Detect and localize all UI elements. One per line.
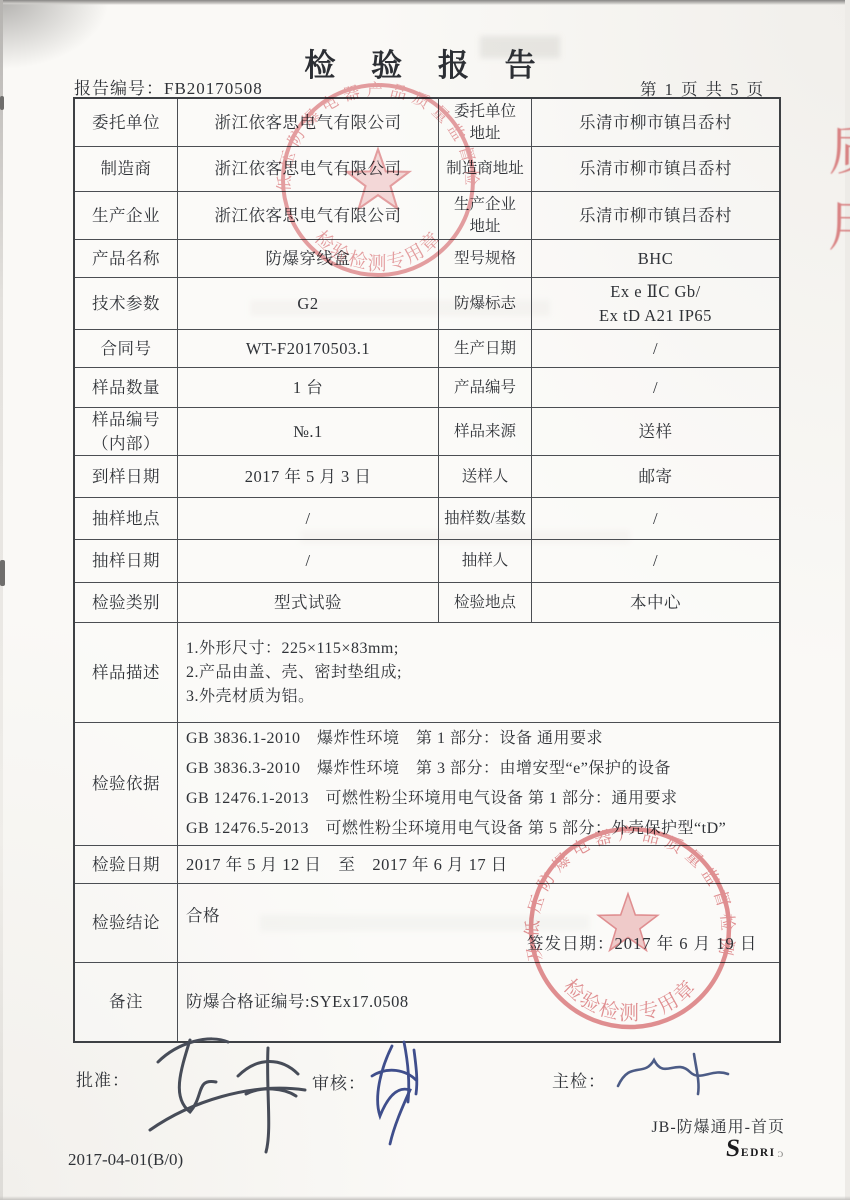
report-number: 报告编号：FB20170508 <box>74 74 263 99</box>
conclusion-value: 合格 <box>186 904 220 927</box>
chief-label: 主检： <box>552 1067 606 1092</box>
remark-value: 防爆合格证编号:SYEx17.0508 <box>177 963 779 1041</box>
scan-edge-top <box>0 0 850 5</box>
inspection-date-value: 2017 年 5 月 12 日 至 2017 年 6 月 17 日 <box>177 846 779 883</box>
approve-label: 批准： <box>76 1066 130 1091</box>
field-value: / <box>177 540 438 582</box>
field-label: 样品来源 <box>438 408 531 455</box>
logo-s-glyph: S <box>725 1138 741 1161</box>
scan-edge-left <box>0 0 3 1200</box>
field-label: 制造商地址 <box>438 147 531 191</box>
seam-stamp-partial: 质用 <box>823 122 850 274</box>
field-value: / <box>531 330 779 367</box>
approve-signature <box>150 1039 305 1152</box>
sedri-logo: S EDRI ᴐ <box>726 1138 783 1161</box>
field-value: 本中心 <box>531 583 779 622</box>
table-row: 样品数量 1 台 产品编号 / <box>75 367 779 407</box>
field-label: 委托单位 地址 <box>438 99 531 146</box>
field-label: 生产企业 <box>75 192 177 239</box>
field-value: 乐清市柳市镇吕岙村 <box>531 147 779 191</box>
table-row: 产品名称 防爆穿线盒 型号规格 BHC <box>75 239 779 277</box>
basis-line: GB 3836.1-2010 爆炸性环境 第 1 部分：设备 通用要求 <box>186 724 603 754</box>
scan-speck <box>0 560 5 586</box>
table-row: 制造商 浙江依客思电气有限公司 制造商地址 乐清市柳市镇吕岙村 <box>75 146 779 191</box>
table-row: 生产企业 浙江依客思电气有限公司 生产企业 地址 乐清市柳市镇吕岙村 <box>75 191 779 239</box>
field-label: 制造商 <box>75 147 177 191</box>
field-label: 备注 <box>75 963 177 1041</box>
table-row: 抽样日期 / 抽样人 / <box>75 539 779 582</box>
field-value: 2017 年 5 月 3 日 <box>177 456 438 497</box>
field-value: 1 台 <box>177 368 438 407</box>
field-value: / <box>531 368 779 407</box>
sample-description-line: 2.产品由盖、壳、密封垫组成; <box>186 661 402 685</box>
field-label: 样品编号 （内部） <box>75 408 177 455</box>
field-label: 生产企业 地址 <box>438 192 531 239</box>
table-row: 抽样地点 / 抽样数/基数 / <box>75 497 779 539</box>
table-row: 委托单位 浙江依客思电气有限公司 委托单位 地址 乐清市柳市镇吕岙村 <box>75 99 779 146</box>
field-value: 送样 <box>531 408 779 455</box>
field-label: 合同号 <box>75 330 177 367</box>
field-value: №.1 <box>177 408 438 455</box>
field-value: 乐清市柳市镇吕岙村 <box>531 99 779 146</box>
field-label: 样品数量 <box>75 368 177 407</box>
scan-speck <box>0 96 4 110</box>
field-value: WT-F20170503.1 <box>177 330 438 367</box>
field-value: / <box>531 540 779 582</box>
field-label: 抽样日期 <box>75 540 177 582</box>
field-label: 型号规格 <box>438 240 531 277</box>
field-label: 送样人 <box>438 456 531 497</box>
report-number-label: 报告编号： <box>74 79 164 98</box>
field-label: 防爆标志 <box>438 278 531 329</box>
field-value: Ex e ⅡC Gb/ Ex tD A21 IP65 <box>531 278 779 329</box>
page-title: 检 验 报 告 <box>304 40 549 85</box>
table-row: 合同号 WT-F20170503.1 生产日期 / <box>75 329 779 367</box>
basis-line: GB 12476.1-2013 可燃性粉尘环境用电气设备 第 1 部分：通用要求 <box>186 784 678 814</box>
sample-description-line: 3.外壳材质为铝。 <box>186 685 315 709</box>
table-row: 技术参数 G2 防爆标志 Ex e ⅡC Gb/ Ex tD A21 IP65 <box>75 277 779 329</box>
table-row: 样品编号 （内部） №.1 样品来源 送样 <box>75 407 779 455</box>
basis-line: GB 12476.5-2013 可燃性粉尘环境用电气设备 第 5 部分：外壳保护… <box>186 814 726 844</box>
report-number-value: FB20170508 <box>164 79 263 98</box>
sample-description-line: 1.外形尺寸：225×115×83mm; <box>186 637 399 661</box>
field-label: 检验类别 <box>75 583 177 622</box>
logo-curl-icon: ᴐ <box>778 1146 784 1161</box>
field-value: BHC <box>531 240 779 277</box>
table-row: 到样日期 2017 年 5 月 3 日 送样人 邮寄 <box>75 455 779 497</box>
remark-row: 备注 防爆合格证编号:SYEx17.0508 <box>75 962 779 1041</box>
chief-signature <box>618 1054 728 1094</box>
field-label: 产品编号 <box>438 368 531 407</box>
table-row: 检验类别 型式试验 检验地点 本中心 <box>75 582 779 622</box>
field-value: / <box>531 498 779 539</box>
field-label: 抽样人 <box>438 540 531 582</box>
scanned-inspection-report: 检 验 报 告 报告编号：FB20170508 第 1 页 共 5 页 委托单位… <box>0 0 850 1200</box>
sample-description-content: 1.外形尺寸：225×115×83mm; 2.产品由盖、壳、密封垫组成; 3.外… <box>177 623 779 722</box>
scan-corner-shadow <box>0 0 110 70</box>
basis-line: GB 3836.3-2010 爆炸性环境 第 3 部分：由增安型“e”保护的设备 <box>186 754 671 784</box>
inspection-basis-content: GB 3836.1-2010 爆炸性环境 第 1 部分：设备 通用要求 GB 3… <box>177 723 779 845</box>
field-label: 到样日期 <box>75 456 177 497</box>
logo-text: EDRI <box>741 1147 776 1159</box>
sample-description-row: 样品描述 1.外形尺寸：225×115×83mm; 2.产品由盖、壳、密封垫组成… <box>75 622 779 722</box>
field-label: 抽样地点 <box>75 498 177 539</box>
field-value: 浙江依客思电气有限公司 <box>177 99 438 146</box>
inspection-date-row: 检验日期 2017 年 5 月 12 日 至 2017 年 6 月 17 日 <box>75 845 779 883</box>
revision-code: 2017-04-01(B/0) <box>68 1150 183 1170</box>
field-label: 检验地点 <box>438 583 531 622</box>
field-value: 邮寄 <box>531 456 779 497</box>
field-value: 防爆穿线盒 <box>177 240 438 277</box>
issue-date: 签发日期：2017 年 6 月 19 日 <box>527 930 757 954</box>
field-label: 委托单位 <box>75 99 177 146</box>
field-value: 浙江依客思电气有限公司 <box>177 147 438 191</box>
field-value: 型式试验 <box>177 583 438 622</box>
field-label: 检验日期 <box>75 846 177 883</box>
field-label: 抽样数/基数 <box>438 498 531 539</box>
field-value: 乐清市柳市镇吕岙村 <box>531 192 779 239</box>
field-label: 样品描述 <box>75 623 177 722</box>
field-value: 浙江依客思电气有限公司 <box>177 192 438 239</box>
field-label: 技术参数 <box>75 278 177 329</box>
inspection-table: 委托单位 浙江依客思电气有限公司 委托单位 地址 乐清市柳市镇吕岙村 制造商 浙… <box>73 97 781 1043</box>
review-label: 审核： <box>312 1069 366 1094</box>
field-label: 生产日期 <box>438 330 531 367</box>
field-label: 产品名称 <box>75 240 177 277</box>
field-label: 检验结论 <box>75 884 177 962</box>
scan-edge-bottom <box>0 1196 850 1200</box>
field-value: / <box>177 498 438 539</box>
doc-code: JB-防爆通用-首页 <box>610 1114 785 1137</box>
review-signature <box>372 1042 417 1144</box>
inspection-basis-row: 检验依据 GB 3836.1-2010 爆炸性环境 第 1 部分：设备 通用要求… <box>75 722 779 845</box>
field-value: G2 <box>177 278 438 329</box>
field-label: 检验依据 <box>75 723 177 845</box>
